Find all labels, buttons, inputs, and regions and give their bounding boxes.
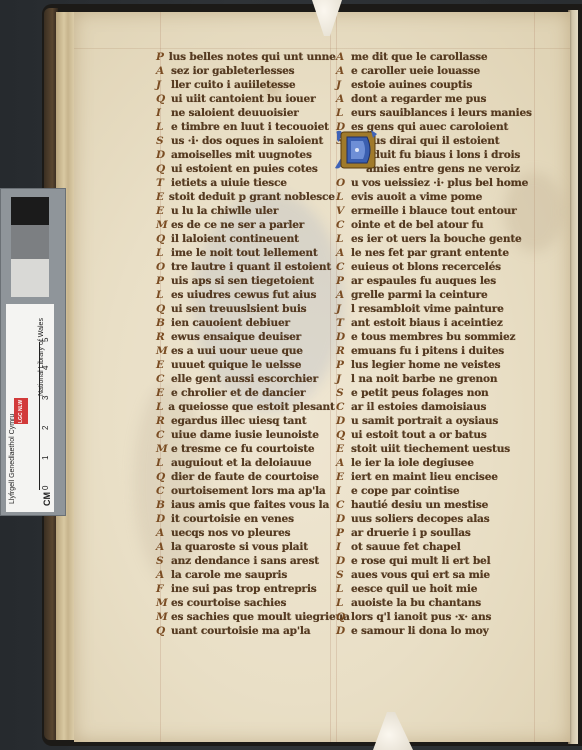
verse-line: La queiosse que estoit plesant bbox=[156, 400, 332, 414]
swatch-black bbox=[11, 197, 49, 225]
verse-line: Plus legier home ne veistes bbox=[336, 358, 534, 372]
verse-line: Asez ior gableterlesses bbox=[156, 64, 332, 78]
verse-line: Leesce quil ue hoit mie bbox=[336, 582, 534, 596]
verse-line: Les ier ot uers la bouche gente bbox=[336, 232, 534, 246]
verse-line: Damoiselles mit uugnotes bbox=[156, 148, 332, 162]
verse-line: Saues vous qui ert sa mie bbox=[336, 568, 534, 582]
verse-line: Le timbre en luut i tecouoiet bbox=[156, 120, 332, 134]
verse-line: Qui estoient en puies cotes bbox=[156, 162, 332, 176]
scale-tick-label: 0 bbox=[41, 486, 50, 490]
verse-line: Ie cope par cointise bbox=[336, 484, 534, 498]
text-column-left: Plus belles notes qui unt unne Asez ior … bbox=[156, 50, 332, 638]
verse-line: Lauguiout et la deloiauue bbox=[156, 456, 332, 470]
verse-line: Mes a uui uour ueue que bbox=[156, 344, 332, 358]
verse-line: Sus ·i· dos oques in saloient bbox=[156, 134, 332, 148]
verse-line: Mes sachies que moult uiegrieua bbox=[156, 610, 332, 624]
verse-line: Mes de ce ne ser a parler bbox=[156, 218, 332, 232]
verse-line: Estoit uiit tiechement uestus bbox=[336, 442, 534, 456]
ruling-line bbox=[74, 48, 570, 49]
verse-line: Estoit deduit p grant noblesce bbox=[156, 190, 332, 204]
verse-line: Mes courtoise sachies bbox=[156, 596, 332, 610]
scale-tick-label: 1 bbox=[41, 456, 50, 460]
nlw-logo: LGC NLW bbox=[14, 398, 28, 424]
verse-line: Par druerie i p soullas bbox=[336, 526, 534, 540]
verse-line: Cointe et de bel atour fu bbox=[336, 218, 534, 232]
institution-welsh-label: Llyfrgell Genedlaethol Cymru bbox=[9, 414, 16, 504]
verse-line: Celle gent aussi escorchier bbox=[156, 372, 332, 386]
verse-line: Chautié desiu un mestise bbox=[336, 498, 534, 512]
illuminated-initial-d-icon bbox=[333, 128, 379, 172]
verse-line: Se petit peus folages non bbox=[336, 386, 534, 400]
verse-line: Ae caroller ueie louasse bbox=[336, 64, 534, 78]
verse-line: Jl resambloit vime painture bbox=[336, 302, 534, 316]
verse-line: Qui estoit tout a or batus bbox=[336, 428, 534, 442]
verse-line: Fine sui pas trop entrepris bbox=[156, 582, 332, 596]
verse-line: Biaus amis que faites vous la bbox=[156, 498, 332, 512]
verse-line: Remuans fu i pitens i duites bbox=[336, 344, 534, 358]
verse-line: Qui sen treuuslsient buis bbox=[156, 302, 332, 316]
verse-line: Ine saloient deuuoisier bbox=[156, 106, 332, 120]
verse-line: Me tresme ce fu courtoiste bbox=[156, 442, 332, 456]
scale-tick-label: 4 bbox=[41, 366, 50, 370]
verse-line: Bien cauoient debiuer bbox=[156, 316, 332, 330]
verse-line: Par espaules fu auques les bbox=[336, 274, 534, 288]
scale-unit-label: CM bbox=[42, 492, 52, 506]
verse-line: Duus soliers decopes alas bbox=[336, 512, 534, 526]
verse-line: Puis aps si sen tiegetoient bbox=[156, 274, 332, 288]
verse-line: Ceuieus ot blons recercelés bbox=[336, 260, 534, 274]
verse-line: Car il estoies damoisiaus bbox=[336, 400, 534, 414]
verse-line: Ou vos ueissiez ·i· plus bel home bbox=[336, 176, 534, 190]
verse-line: Leurs sauiblances i leurs manies bbox=[336, 106, 534, 120]
verse-line: Jller cuito i auiiletesse bbox=[156, 78, 332, 92]
verse-line: Lauoiste la bu chantans bbox=[336, 596, 534, 610]
verse-line: Qlors q'l ianoit pus ·x· ans bbox=[336, 610, 534, 624]
verse-line: Ee chrolier et de dancier bbox=[156, 386, 332, 400]
verse-line: Tant estoit biaus i aceintiez bbox=[336, 316, 534, 330]
verse-line: Ame dit que le carollasse bbox=[336, 50, 534, 64]
verse-line: Cuiue dame iusie leunoiste bbox=[156, 428, 332, 442]
verse-line: Auecqs nos vo pleures bbox=[156, 526, 332, 540]
scale-axis bbox=[39, 342, 40, 490]
verse-line: Euuuet quique le uelsse bbox=[156, 358, 332, 372]
verse-line: Courtoisement lors ma ap'la bbox=[156, 484, 332, 498]
verse-line: Du samit portrait a oysiaus bbox=[336, 414, 534, 428]
verse-line: Ale ier la iole degiusee bbox=[336, 456, 534, 470]
verse-line: Dit courtoisie en venes bbox=[156, 512, 332, 526]
verse-line: Lime le noit tout lellement bbox=[156, 246, 332, 260]
scale-tick-label: 2 bbox=[41, 426, 50, 430]
verse-line: Plus belles notes qui unt unne bbox=[156, 50, 332, 64]
verse-line: Regardus illec uiesq tant bbox=[156, 414, 332, 428]
verse-line: Otre lautre i quant il estoient bbox=[156, 260, 332, 274]
verse-line: Ala carole me saupris bbox=[156, 568, 332, 582]
verse-line: Iot sauue fet chapel bbox=[336, 540, 534, 554]
verse-line: Tietiets a uiuie tiesce bbox=[156, 176, 332, 190]
verse-line: Quant courtoisie ma ap'la bbox=[156, 624, 332, 638]
swatch-gray bbox=[11, 225, 49, 259]
verse-line: De rose qui mult li ert bel bbox=[336, 554, 534, 568]
verse-line: Agrelle parmi la ceinture bbox=[336, 288, 534, 302]
verse-line: Qdier de faute de courtoise bbox=[156, 470, 332, 484]
verse-line: Jestoie auines couptis bbox=[336, 78, 534, 92]
scale-tick-label: 3 bbox=[41, 396, 50, 400]
verse-line: Les uiudres cewus fut aius bbox=[156, 288, 332, 302]
swatch-white bbox=[11, 259, 49, 297]
verse-line: Jl na noit barbe ne grenon bbox=[336, 372, 534, 386]
ruling-line bbox=[534, 12, 535, 742]
verse-line: Levis auoit a vime pome bbox=[336, 190, 534, 204]
verse-line: De samour li dona lo moy bbox=[336, 624, 534, 638]
verse-line: Eiert en maint lieu encisee bbox=[336, 470, 534, 484]
verse-line: Qil laloient contineuent bbox=[156, 232, 332, 246]
verse-line: Qui uiit cantoient bu iouer bbox=[156, 92, 332, 106]
verse-line: De tous membres bu sommiez bbox=[336, 330, 534, 344]
verse-line: Sanz dendance i sans arest bbox=[156, 554, 332, 568]
verse-line: Rewus ensaique deuiser bbox=[156, 330, 332, 344]
verse-line: Ale nes fet par grant entente bbox=[336, 246, 534, 260]
verse-line: Eu lu la chiwlle uler bbox=[156, 204, 332, 218]
verse-line: Adont a regarder me pus bbox=[336, 92, 534, 106]
scale-tick-label: 5 bbox=[41, 338, 50, 342]
verse-line: Ala quaroste si vous plait bbox=[156, 540, 332, 554]
verse-line: Vermeille i blauce tout entour bbox=[336, 204, 534, 218]
